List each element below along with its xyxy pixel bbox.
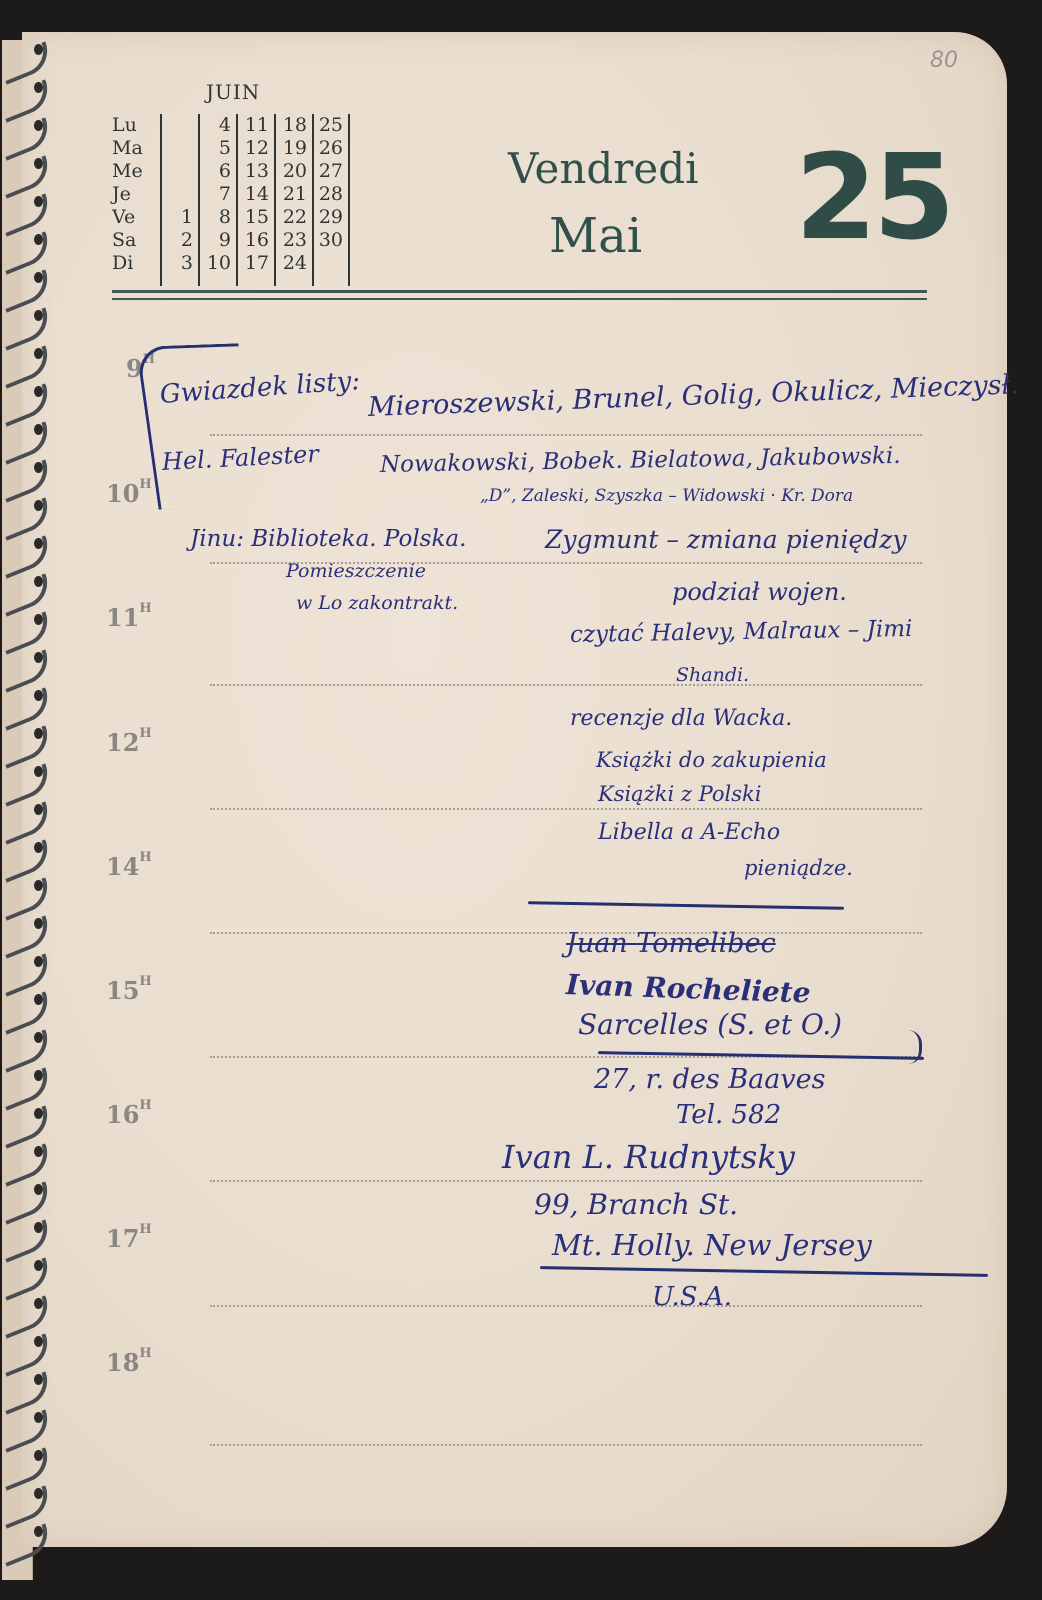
address-line: 27, r. des Baaves [594,1064,825,1095]
punch-hole-icon [34,1146,43,1157]
spiral-coil-icon [0,915,55,959]
handwritten-note: podział wojen. [672,578,847,606]
day-label: Sa [112,229,160,252]
spiral-coil-icon [0,1333,55,1377]
day-label: Di [112,252,160,275]
punch-hole-icon [34,576,43,587]
spiral-coil-icon [0,725,55,769]
punch-hole-icon [34,1260,43,1271]
cal-date: 24 [276,252,307,275]
cal-date: 23 [276,229,307,252]
punch-hole-icon [34,348,43,359]
spiral-coil-icon [0,269,55,313]
handwritten-note: Jinu: Biblioteka. Polska. [190,526,466,552]
crossed-out-name: Juan Tomelibec [566,928,776,959]
hour-label: 16H [106,1100,152,1129]
handwritten-note: „D”, Zaleski, Szyszka – Widowski · Kr. D… [480,486,853,506]
handwritten-note: Pomieszczenie [286,560,426,582]
punch-hole-icon [34,690,43,701]
month-heading: Mai [549,208,642,264]
punch-hole-icon [34,234,43,245]
handwritten-note: recenzje dla Wacka. [570,706,792,731]
punch-hole-icon [34,196,43,207]
day-label: Lu [112,114,160,137]
punch-hole-icon [34,1526,43,1537]
spiral-coil-icon [0,383,55,427]
spiral-coil-icon [0,801,55,845]
punch-hole-icon [34,1450,43,1461]
punch-hole-icon [34,614,43,625]
spiral-coil-icon [0,1143,55,1187]
dotted-rule [210,434,922,436]
cal-date: 11 [238,114,269,137]
punch-hole-icon [34,1032,43,1043]
spiral-coil-icon [0,117,55,161]
address-line: Sarcelles (S. et O.) [578,1008,842,1041]
dotted-rule [210,1305,922,1307]
spiral-coil-icon [0,763,55,807]
cal-date: 14 [238,183,269,206]
punch-hole-icon [34,158,43,169]
cal-date: 1 [162,206,193,229]
header-divider [112,298,927,300]
day-number: 25 [795,128,951,266]
hour-label: 17H [106,1224,152,1253]
cal-date [162,183,193,206]
spiral-coil-icon [0,839,55,883]
spiral-coil-icon [0,1523,55,1567]
punch-hole-icon [34,1070,43,1081]
handwritten-note: w Lo zakontrakt. [296,592,458,614]
cal-date: 18 [276,114,307,137]
handwritten-note: Libella a A-Echo [598,820,780,845]
punch-hole-icon [34,994,43,1005]
punch-hole-icon [34,1374,43,1385]
spiral-coil-icon [0,611,55,655]
cal-date: 17 [238,252,269,275]
punch-hole-icon [34,462,43,473]
punch-hole-icon [34,120,43,131]
spiral-coil-icon [0,231,55,275]
spiral-coil-icon [0,1067,55,1111]
spiral-coil-icon [0,1485,55,1529]
handwritten-note: Książki do zakupienia [596,748,827,772]
hour-label: 14H [106,852,152,881]
cal-date: 29 [314,206,343,229]
punch-hole-icon [34,500,43,511]
day-label: Je [112,183,160,206]
punch-hole-icon [34,1108,43,1119]
mini-calendar: Lu Ma Me Je Ve Sa Di 1 2 3 4 5 6 7 8 9 1… [112,114,350,286]
spiral-coil-icon [0,1105,55,1149]
cal-date: 20 [276,160,307,183]
spiral-coil-icon [0,1257,55,1301]
hour-label: 12H [106,728,152,757]
cal-date [162,137,193,160]
hour-label: 10H [106,479,152,508]
spiral-coil-icon [0,1219,55,1263]
spiral-coil-icon [0,307,55,351]
cal-date: 10 [200,252,231,275]
spiral-coil-icon [0,953,55,997]
handwritten-note: Zygmunt – zmiana pieniędzy [545,525,907,554]
mini-calendar-week: 25 26 27 28 29 30 [312,114,350,286]
punch-hole-icon [34,1336,43,1347]
dotted-rule [210,808,922,810]
spiral-coil-icon [0,1409,55,1453]
spiral-coil-icon [0,497,55,541]
dotted-rule [210,1444,922,1446]
cal-date [162,160,193,183]
spiral-coil-icon [0,649,55,693]
punch-hole-icon [34,424,43,435]
cal-date: 7 [200,183,231,206]
spiral-coil-icon [0,79,55,123]
cal-date: 25 [314,114,343,137]
hour-label: 15H [106,976,152,1005]
spiral-binding [0,50,60,1590]
cal-date: 13 [238,160,269,183]
spiral-coil-icon [0,193,55,237]
mini-calendar-month: JUIN [206,80,260,104]
cal-date: 2 [162,229,193,252]
cal-date: 16 [238,229,269,252]
mini-calendar-day-labels: Lu Ma Me Je Ve Sa Di [112,114,160,286]
cal-date: 26 [314,137,343,160]
punch-hole-icon [34,82,43,93]
spiral-coil-icon [0,991,55,1035]
spiral-coil-icon [0,1295,55,1339]
mini-calendar-week: 18 19 20 21 22 23 24 [274,114,312,286]
cal-date: 3 [162,252,193,275]
cal-date: 9 [200,229,231,252]
cal-date [162,114,193,137]
hour-label: 11H [106,603,152,632]
day-label: Ve [112,206,160,229]
cal-date: 30 [314,229,343,252]
punch-hole-icon [34,766,43,777]
mini-calendar-week: 1 2 3 [160,114,198,286]
spiral-coil-icon [0,1371,55,1415]
dotted-rule [210,1180,922,1182]
spiral-coil-icon [0,345,55,389]
punch-hole-icon [34,1412,43,1423]
punch-hole-icon [34,842,43,853]
dotted-rule [210,684,922,686]
cal-date: 27 [314,160,343,183]
address-line: 99, Branch St. [534,1188,738,1221]
punch-hole-icon [34,956,43,967]
cal-date: 12 [238,137,269,160]
punch-hole-icon [34,310,43,321]
spiral-coil-icon [0,421,55,465]
cal-date: 22 [276,206,307,229]
punch-hole-icon [34,538,43,549]
punch-hole-icon [34,728,43,739]
spiral-coil-icon [0,877,55,921]
cal-date: 5 [200,137,231,160]
handwritten-note: Książki z Polski [598,782,761,806]
cal-date: 6 [200,160,231,183]
spiral-coil-icon [0,1447,55,1491]
handwritten-note: pieniądze. [744,856,853,880]
hour-label: 18H [106,1348,152,1377]
spiral-coil-icon [0,1029,55,1073]
punch-hole-icon [34,1298,43,1309]
cal-date: 21 [276,183,307,206]
punch-hole-icon [34,386,43,397]
spiral-coil-icon [0,155,55,199]
punch-hole-icon [34,1222,43,1233]
cal-date: 15 [238,206,269,229]
spiral-coil-icon [0,573,55,617]
cal-date: 19 [276,137,307,160]
punch-hole-icon [34,1184,43,1195]
cal-date: 28 [314,183,343,206]
punch-hole-icon [34,44,43,55]
address-line: Tel. 582 [676,1100,781,1130]
page-number: 80 [930,48,958,73]
handwritten-note: Shandi. [676,664,749,686]
punch-hole-icon [34,652,43,663]
weekday-heading: Vendredi [508,144,699,193]
punch-hole-icon [34,1488,43,1499]
punch-hole-icon [34,272,43,283]
cal-date [314,252,343,275]
mini-calendar-week: 11 12 13 14 15 16 17 [236,114,274,286]
punch-hole-icon [34,880,43,891]
cal-date: 4 [200,114,231,137]
address-name: Ivan L. Rudnytsky [502,1138,795,1176]
day-label: Ma [112,137,160,160]
spiral-coil-icon [0,535,55,579]
address-line: U.S.A. [652,1282,732,1312]
spiral-coil-icon [0,1181,55,1225]
punch-hole-icon [34,918,43,929]
punch-hole-icon [34,804,43,815]
spiral-coil-icon [0,687,55,731]
day-label: Me [112,160,160,183]
address-line: Mt. Holly. New Jersey [552,1228,872,1262]
header-divider [112,290,927,293]
cal-date: 8 [200,206,231,229]
spiral-coil-icon [0,459,55,503]
mini-calendar-week: 4 5 6 7 8 9 10 [198,114,236,286]
